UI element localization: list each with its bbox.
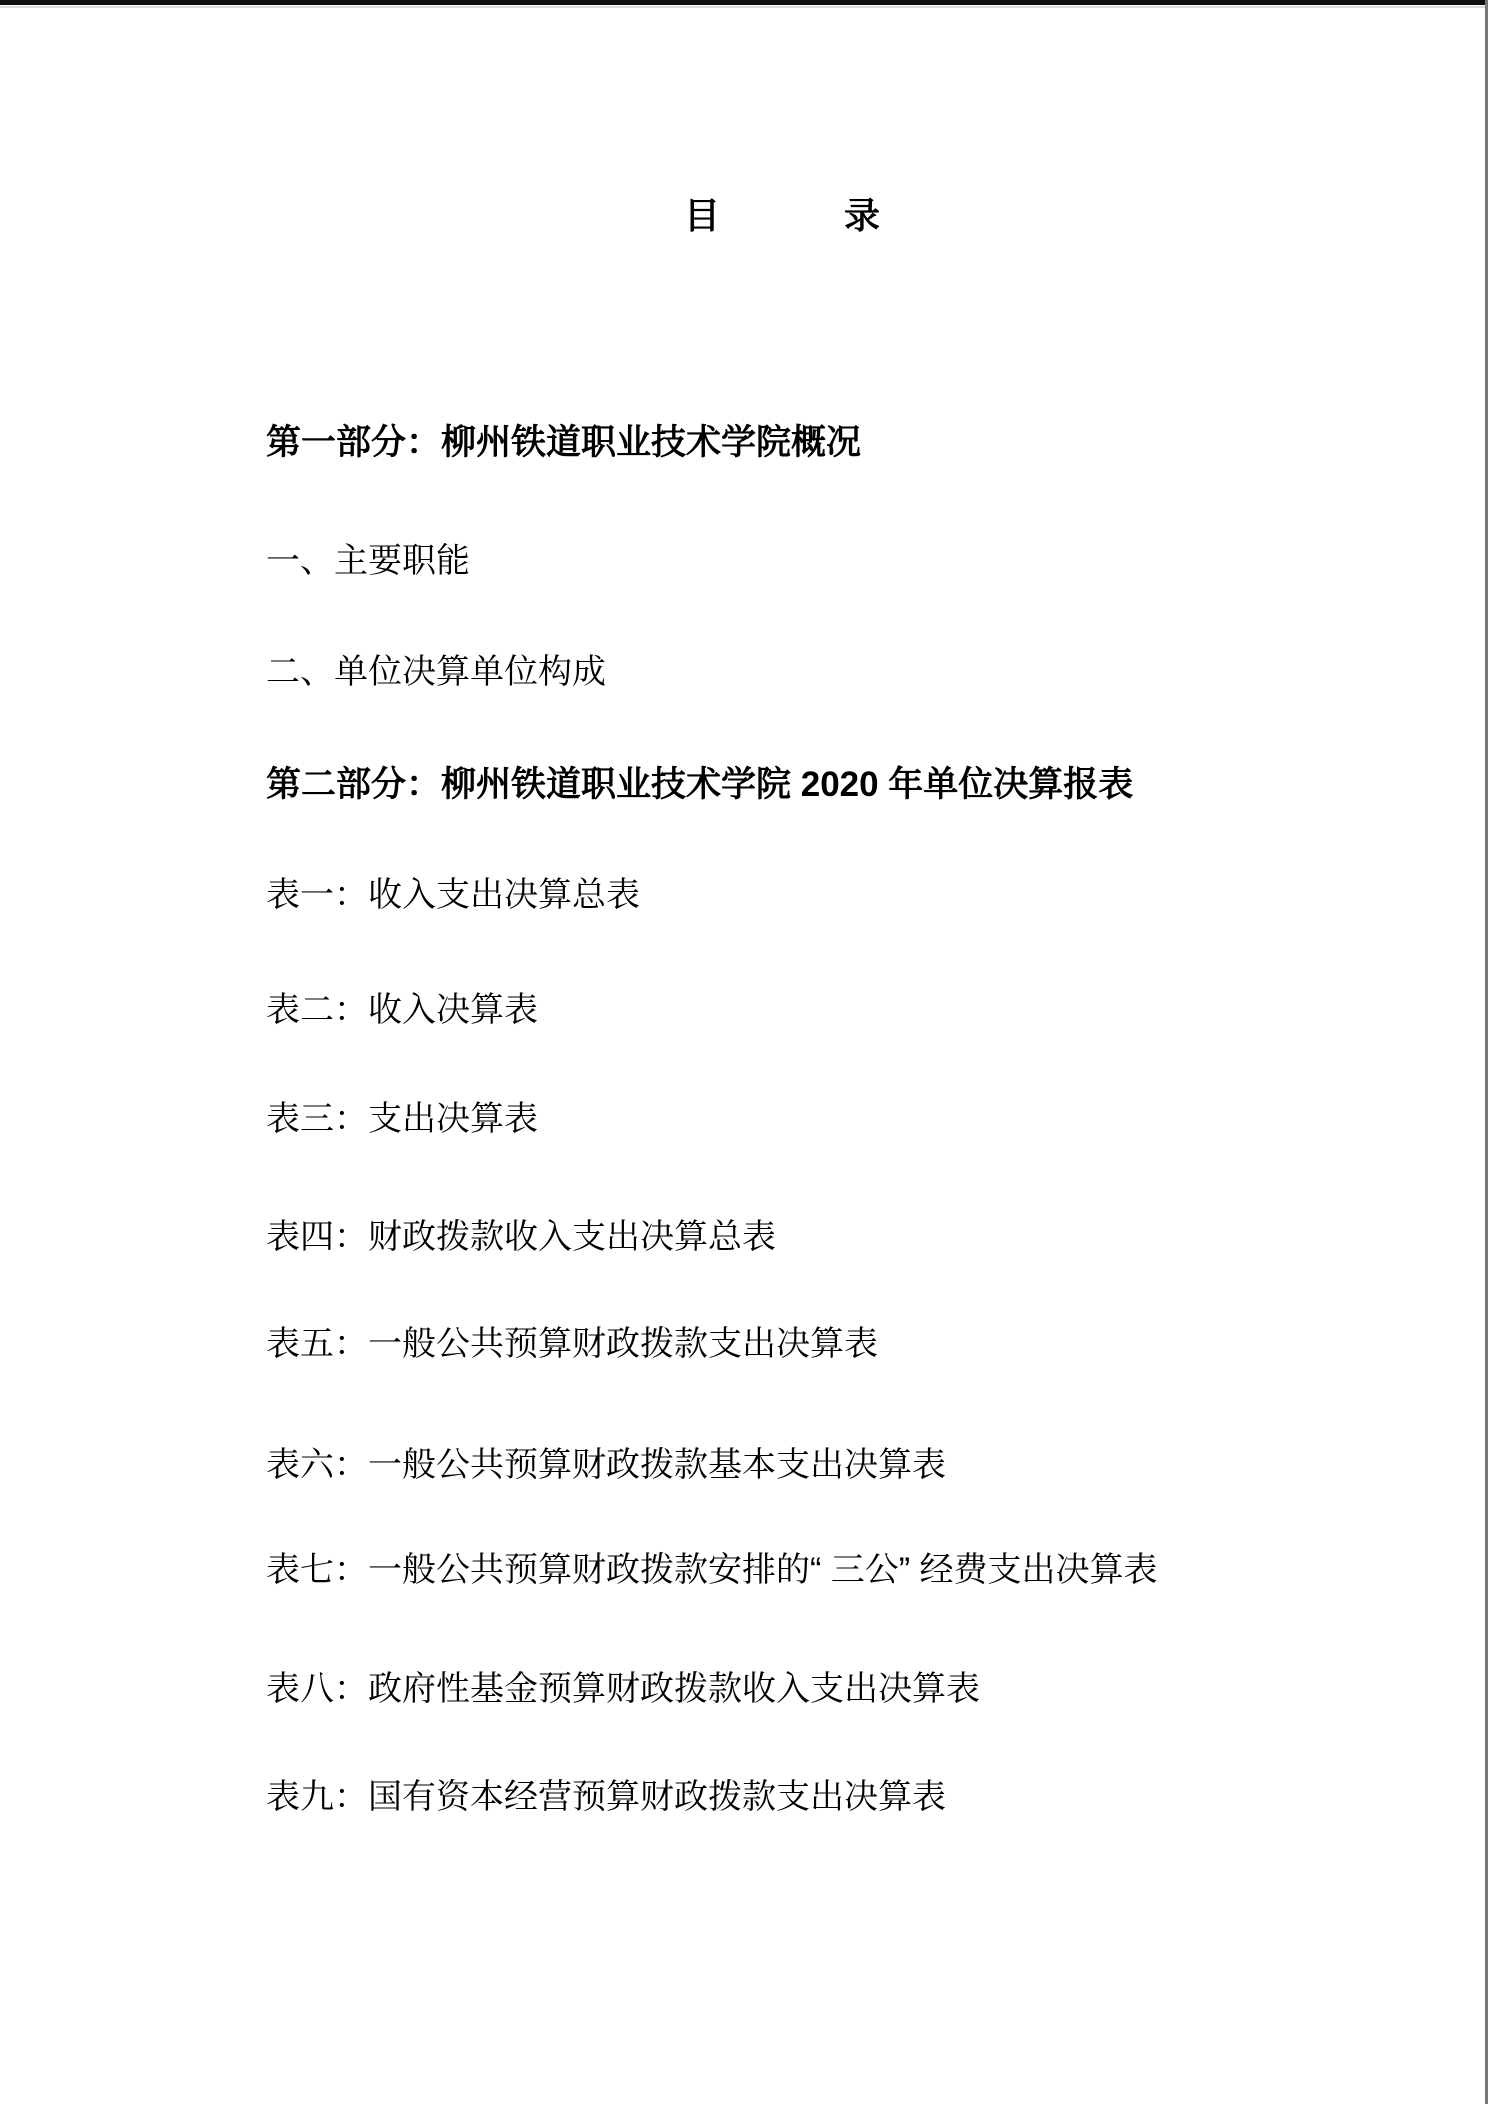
document-page: 目 录 第一部分：柳州铁道职业技术学院概况 一、主要职能 二、单位决算单位构成 … bbox=[0, 0, 1488, 2104]
document-title: 目 录 bbox=[684, 196, 884, 236]
toc-heading-part-2: 第二部分：柳州铁道职业技术学院 2020 年单位决算报表 bbox=[266, 765, 1133, 805]
toc-item-table-6: 表六：一般公共预算财政拨款基本支出决算表 bbox=[266, 1446, 946, 1485]
toc-item-table-5: 表五：一般公共预算财政拨款支出决算表 bbox=[266, 1325, 878, 1364]
top-edge-bar bbox=[0, 0, 1488, 5]
toc-item-table-9: 表九：国有资本经营预算财政拨款支出决算表 bbox=[266, 1778, 946, 1817]
toc-heading-part-1: 第一部分：柳州铁道职业技术学院概况 bbox=[266, 423, 861, 463]
toc-item-table-4: 表四：财政拨款收入支出决算总表 bbox=[266, 1218, 776, 1257]
toc-item-table-1: 表一：收入支出决算总表 bbox=[266, 876, 640, 915]
top-edge-shadow bbox=[0, 6, 1488, 8]
toc-item-table-7: 表七：一般公共预算财政拨款安排的“ 三公” 经费支出决算表 bbox=[266, 1551, 1158, 1590]
toc-item-table-2: 表二：收入决算表 bbox=[266, 991, 538, 1030]
toc-item-table-3: 表三：支出决算表 bbox=[266, 1100, 538, 1139]
toc-item-main-functions: 一、主要职能 bbox=[266, 542, 470, 581]
toc-item-table-8: 表八：政府性基金预算财政拨款收入支出决算表 bbox=[266, 1670, 980, 1709]
toc-item-unit-composition: 二、单位决算单位构成 bbox=[266, 653, 606, 692]
